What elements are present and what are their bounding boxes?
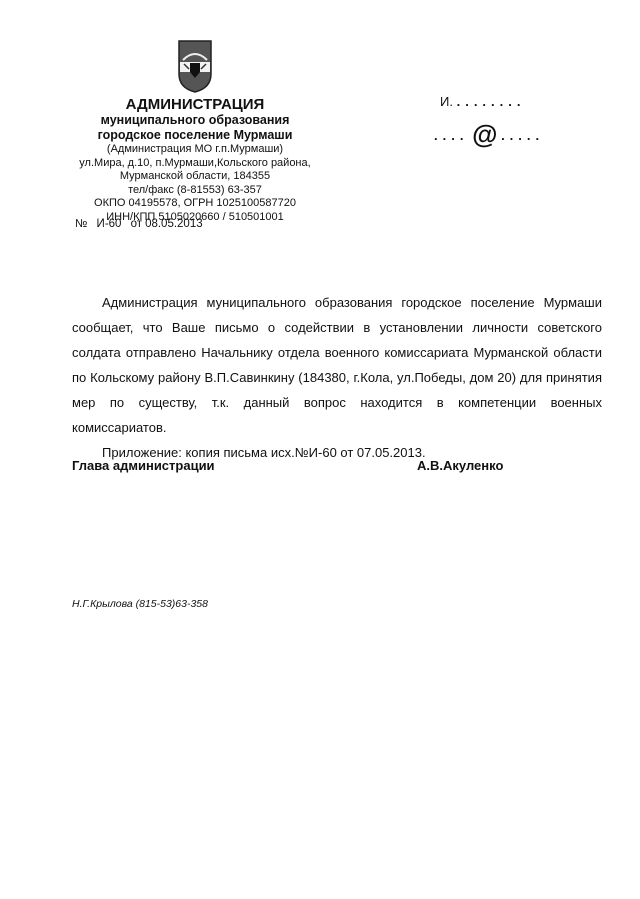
recipient-block: И. ........ .... @ ..... (440, 94, 590, 150)
org-okpo-ogrn: ОКПО 04195578, ОГРН 1025100587720 (60, 197, 330, 211)
redacted-email-local: .... (434, 128, 468, 143)
date-prefix: от (131, 218, 142, 230)
signatory-name: А.В.Акуленко (417, 458, 503, 473)
org-address-2: Мурманской области, 184355 (60, 170, 330, 184)
executor-contact: Н.Г.Крылова (815-53)63-358 (72, 598, 208, 610)
document-date: 08.05.2013 (145, 218, 203, 230)
recipient-name: И. ........ (440, 94, 590, 109)
coat-of-arms-icon (176, 38, 214, 94)
org-phone: тел/факс (8-81553) 63-357 (60, 184, 330, 198)
org-address-1: ул.Мира, д.10, п.Мурмаши,Кольского район… (60, 157, 330, 171)
letter-body: Администрация муниципального образования… (72, 290, 602, 465)
body-paragraph: Администрация муниципального образования… (72, 290, 602, 440)
recipient-email: .... @ ..... (434, 119, 590, 150)
letterhead: АДМИНИСТРАЦИЯ муниципального образования… (60, 38, 330, 224)
org-short-name: (Администрация МО г.п.Мурмаши) (60, 143, 330, 157)
org-title: АДМИНИСТРАЦИЯ (60, 96, 330, 113)
recipient-initial: И. (440, 94, 453, 109)
redacted-name: ........ (457, 94, 526, 109)
org-subtitle-2: городское поселение Мурмаши (60, 128, 330, 143)
document-number: И-60 (97, 218, 122, 230)
document-reference: № И-60 от08.05.2013 (75, 218, 209, 230)
at-sign-icon: @ (472, 119, 497, 149)
org-subtitle-1: муниципального образования (60, 113, 330, 128)
redacted-email-domain: ..... (501, 128, 544, 143)
signatory-position: Глава администрации (72, 458, 215, 473)
number-sign: № (75, 218, 87, 230)
